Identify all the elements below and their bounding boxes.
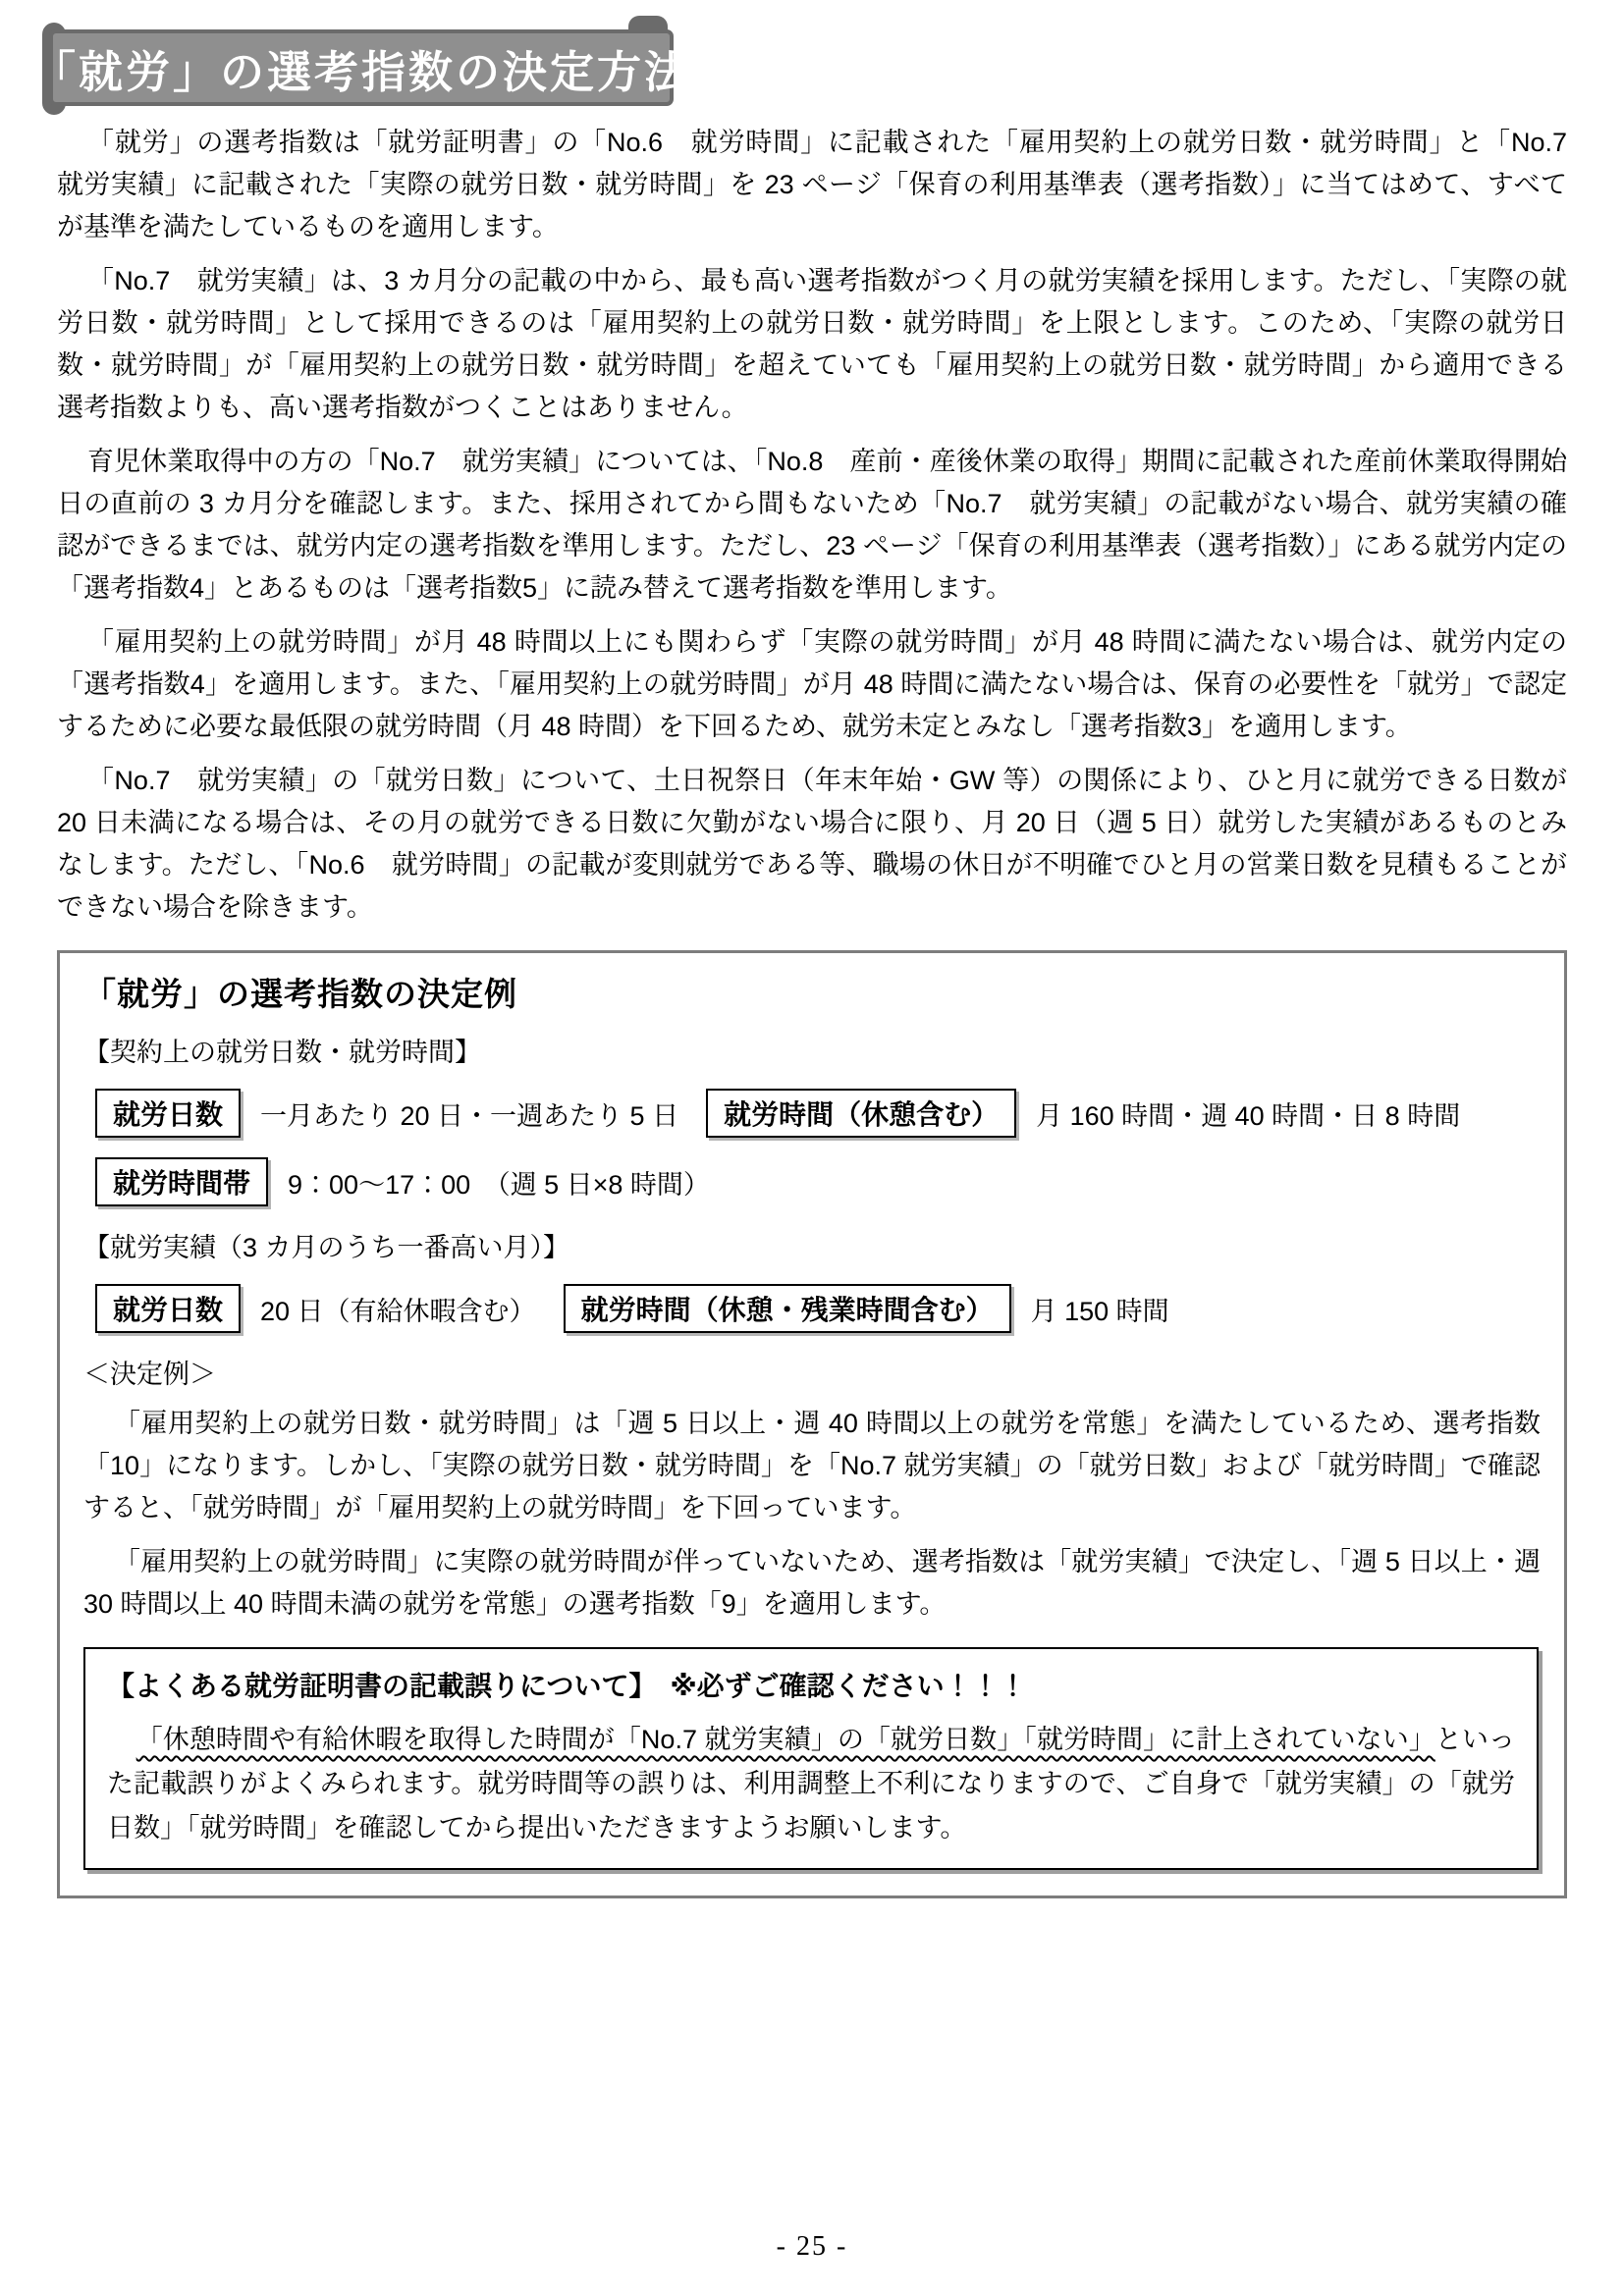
results-row-days-hours: 就労日数 20 日（有給休暇含む） 就労時間（休憩・残業時間含む） 月 150 … <box>95 1284 1541 1333</box>
banner-body: 「就労」の選考指数の決定方法 <box>49 29 674 106</box>
page-footer: - 25 - <box>0 2231 1624 2263</box>
page-title: 「就労」の選考指数の決定方法 <box>31 36 691 100</box>
body-content: 「就労」の選考指数は「就労証明書」の「No.6 就労時間」に記載された「雇用契約… <box>57 122 1567 1898</box>
label-work-hours: 就労時間（休憩含む） <box>706 1089 1016 1138</box>
value-actual-work-hours: 月 150 時間 <box>1031 1290 1169 1328</box>
example-box-title: 「就労」の選考指数の決定例 <box>83 969 1541 1015</box>
value-work-timeband: 9：00～17：00 （週 5 日×8 時間） <box>288 1163 710 1201</box>
label-work-timeband: 就労時間帯 <box>95 1157 268 1206</box>
contract-row-timeband: 就労時間帯 9：00～17：00 （週 5 日×8 時間） <box>95 1157 1541 1206</box>
page-number: - 25 - <box>777 2231 848 2262</box>
paragraph-intro: 「就労」の選考指数は「就労証明書」の「No.6 就労時間」に記載された「雇用契約… <box>57 122 1567 248</box>
value-work-days: 一月あたり 20 日・一週あたり 5 日 <box>260 1095 678 1133</box>
label-actual-work-days: 就労日数 <box>95 1284 241 1333</box>
paragraph-childcare-leave: 育児休業取得中の方の「No.7 就労実績」については、「No.8 産前・産後休業… <box>57 441 1567 610</box>
contract-section-heading: 【契約上の就労日数・就労時間】 <box>83 1031 1541 1069</box>
paragraph-workdays-rule: 「No.7 就労実績」の「就労日数」について、土日祝祭日（年末年始・GW 等）の… <box>57 760 1567 929</box>
title-banner: 「就労」の選考指数の決定方法 <box>49 29 674 106</box>
value-actual-work-days: 20 日（有給休暇含む） <box>260 1290 536 1328</box>
decision-example-heading: ＜決定例＞ <box>83 1353 1541 1391</box>
warning-underlined-text: 「休憩時間や有給休暇を取得した時間が「No.7 就労実績」の「就労日数」「就労時… <box>136 1725 1435 1754</box>
contract-row-days-hours: 就労日数 一月あたり 20 日・一週あたり 5 日 就労時間（休憩含む） 月 1… <box>95 1089 1541 1138</box>
results-section-heading: 【就労実績（3 カ月のうち一番高い月）】 <box>83 1226 1541 1264</box>
document-page: 「就労」の選考指数の決定方法 「就労」の選考指数は「就労証明書」の「No.6 就… <box>0 0 1624 2296</box>
decision-paragraph-1: 「雇用契約上の就労日数・就労時間」は「週 5 日以上・週 40 時間以上の就労を… <box>83 1403 1541 1529</box>
example-box: 「就労」の選考指数の決定例 【契約上の就労日数・就労時間】 就労日数 一月あたり… <box>57 950 1567 1898</box>
warning-box: 【よくある就労証明書の記載誤りについて】 ※必ずご確認ください！！！ 「休憩時間… <box>83 1647 1539 1870</box>
label-work-days: 就労日数 <box>95 1089 241 1138</box>
paragraph-48hours-rule: 「雇用契約上の就労時間」が月 48 時間以上にも関わらず「実際の就労時間」が月 … <box>57 621 1567 748</box>
value-work-hours: 月 160 時間・週 40 時間・日 8 時間 <box>1036 1095 1460 1133</box>
warning-box-title: 【よくある就労証明書の記載誤りについて】 ※必ずご確認ください！！！ <box>107 1665 1515 1704</box>
decision-paragraph-2: 「雇用契約上の就労時間」に実際の就労時間が伴っていないため、選考指数は「就労実績… <box>83 1541 1541 1626</box>
label-actual-work-hours: 就労時間（休憩・残業時間含む） <box>564 1284 1011 1333</box>
paragraph-no7-rule: 「No.7 就労実績」は、3 カ月分の記載の中から、最も高い選考指数がつく月の就… <box>57 260 1567 429</box>
warning-box-paragraph: 「休憩時間や有給休暇を取得した時間が「No.7 就労実績」の「就労日数」「就労時… <box>107 1718 1515 1850</box>
